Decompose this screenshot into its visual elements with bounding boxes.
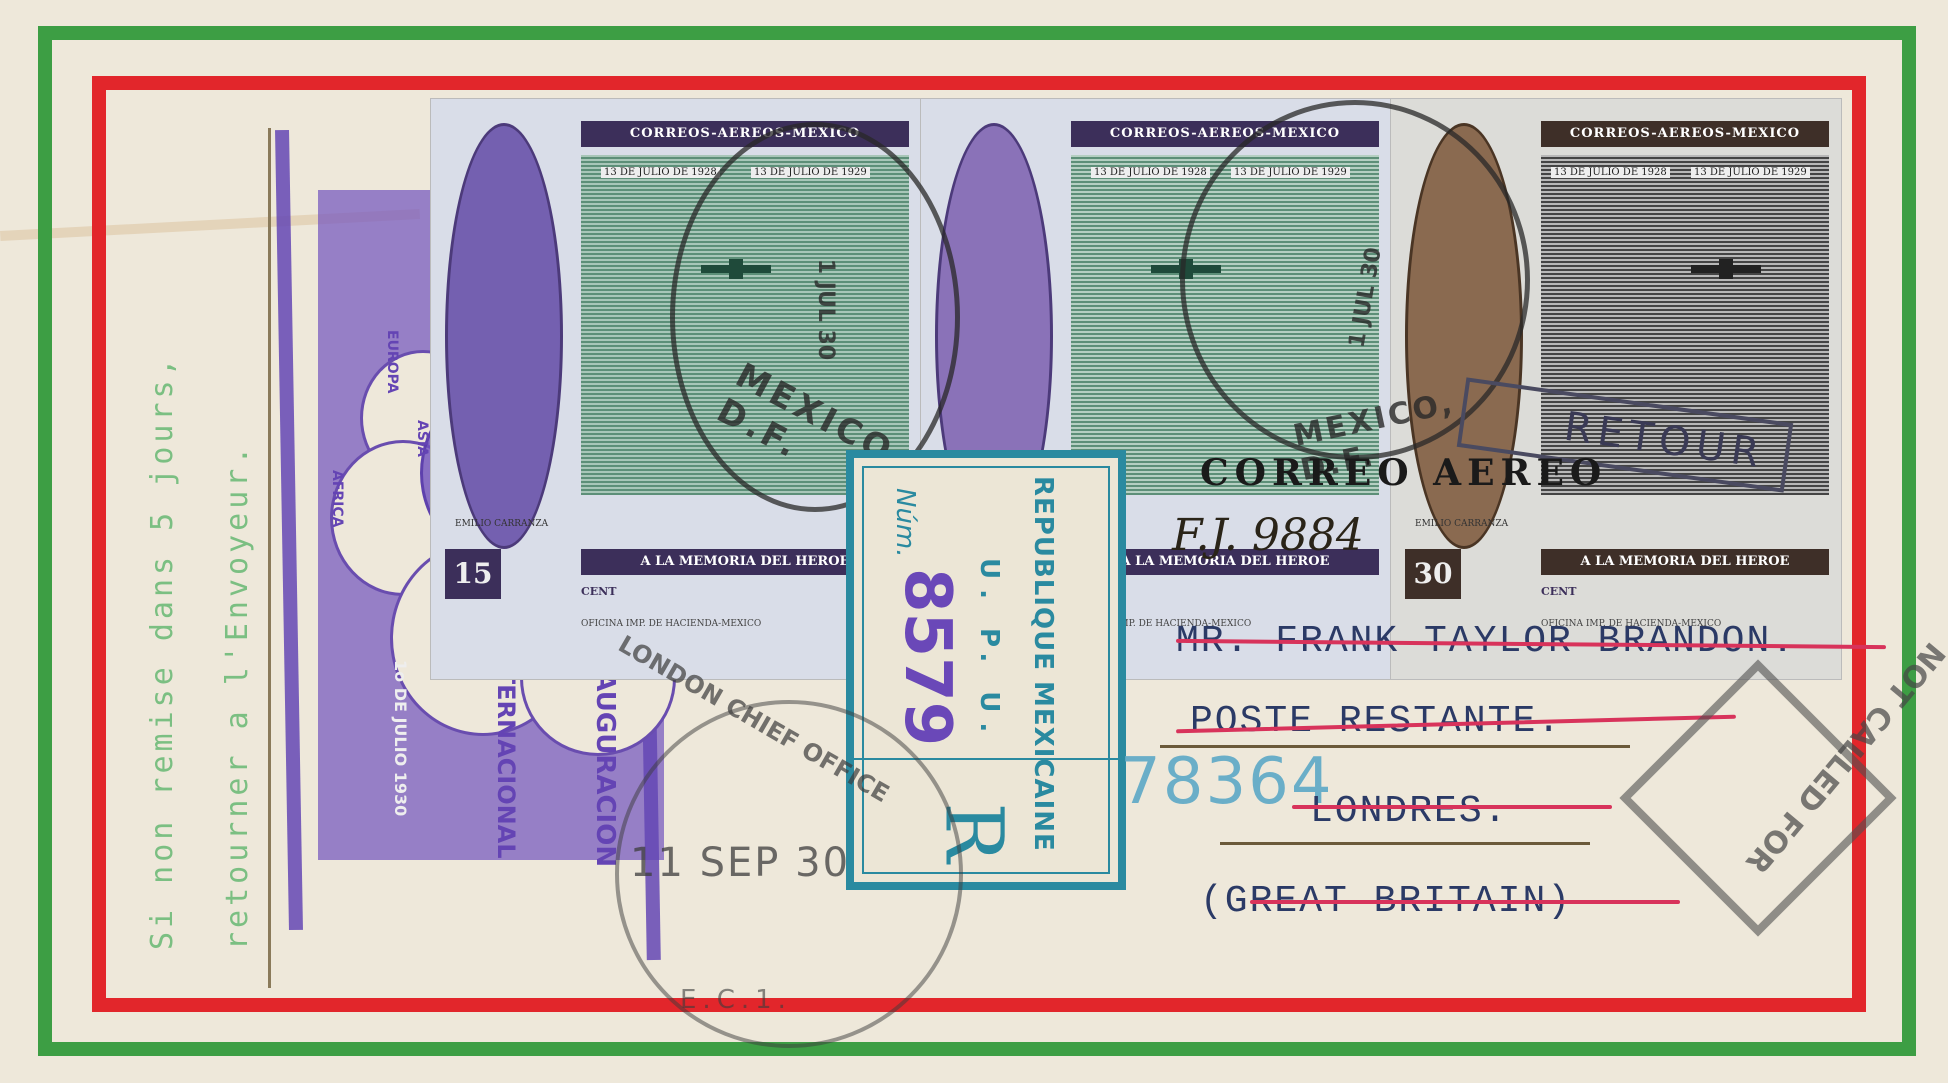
stamp-printer: OFICINA IMP. DE HACIENDA-MEXICO [581,619,761,629]
stamp-footer: A LA MEMORIA DEL HEROE [1541,549,1829,575]
address-line-city: LONDRES. [1310,790,1508,833]
stamp-date: 13 DE JULIO DE 1928 [1551,167,1670,178]
stamp-unit: CENT [581,585,671,598]
registration-num-label: Núm. [890,488,920,558]
stamp-unit: CENT [1541,585,1631,598]
strike-line [1250,900,1680,904]
cachet-continent: AFRICA [329,470,345,528]
stamp-denomination: 30 [1405,549,1461,599]
stamp-denomination: 15 [445,549,501,599]
postmark-date: 1 JUL 30 [813,259,838,360]
airplane-icon [1691,265,1761,273]
stamp-date: 13 DE JULIO DE 1928 [601,167,720,178]
return-notice: Si non remise dans 5 jours, retourner a … [125,354,275,950]
registration-number: 8579 [890,568,964,746]
registration-upu: U. P. U. [974,558,1004,742]
cachet-continent: EUROPA [384,330,400,393]
stamp-header: CORREOS-AEREOS-MEXICO [1541,121,1829,147]
divider-line [268,128,271,988]
stamp-portrait-name: EMILIO CARRANZA [1415,519,1508,529]
postmark-date: 1 JUL 30 [1345,245,1387,349]
postmark-london-date: 11 SEP 30 [630,840,850,886]
stamp-portrait-name: EMILIO CARRANZA [455,519,548,529]
portrait-icon [445,123,563,549]
stamp-date: 13 DE JULIO DE 1929 [1691,167,1810,178]
cachet-continent: ASIA [414,420,430,457]
airmail-label: CORREO AEREO [1200,452,1607,494]
postmark-london-district: E.C.1. [680,985,792,1015]
return-notice-line2: retourner a l'Envoyeur. [200,354,275,950]
strike-line [1292,805,1612,809]
return-notice-line1: Si non remise dans 5 jours, [125,354,200,950]
envelope: Si non remise dans 5 jours, retourner a … [0,0,1948,1083]
cachet-date: 1o DE JULIO 1930 [391,660,410,816]
stamp-date: 13 DE JULIO DE 1928 [1091,167,1210,178]
registration-title: REPUBLIQUE MEXICAINE [1028,476,1058,852]
handwritten-reference: F.J. 9884 [1172,510,1364,561]
address-underline [1220,842,1590,845]
